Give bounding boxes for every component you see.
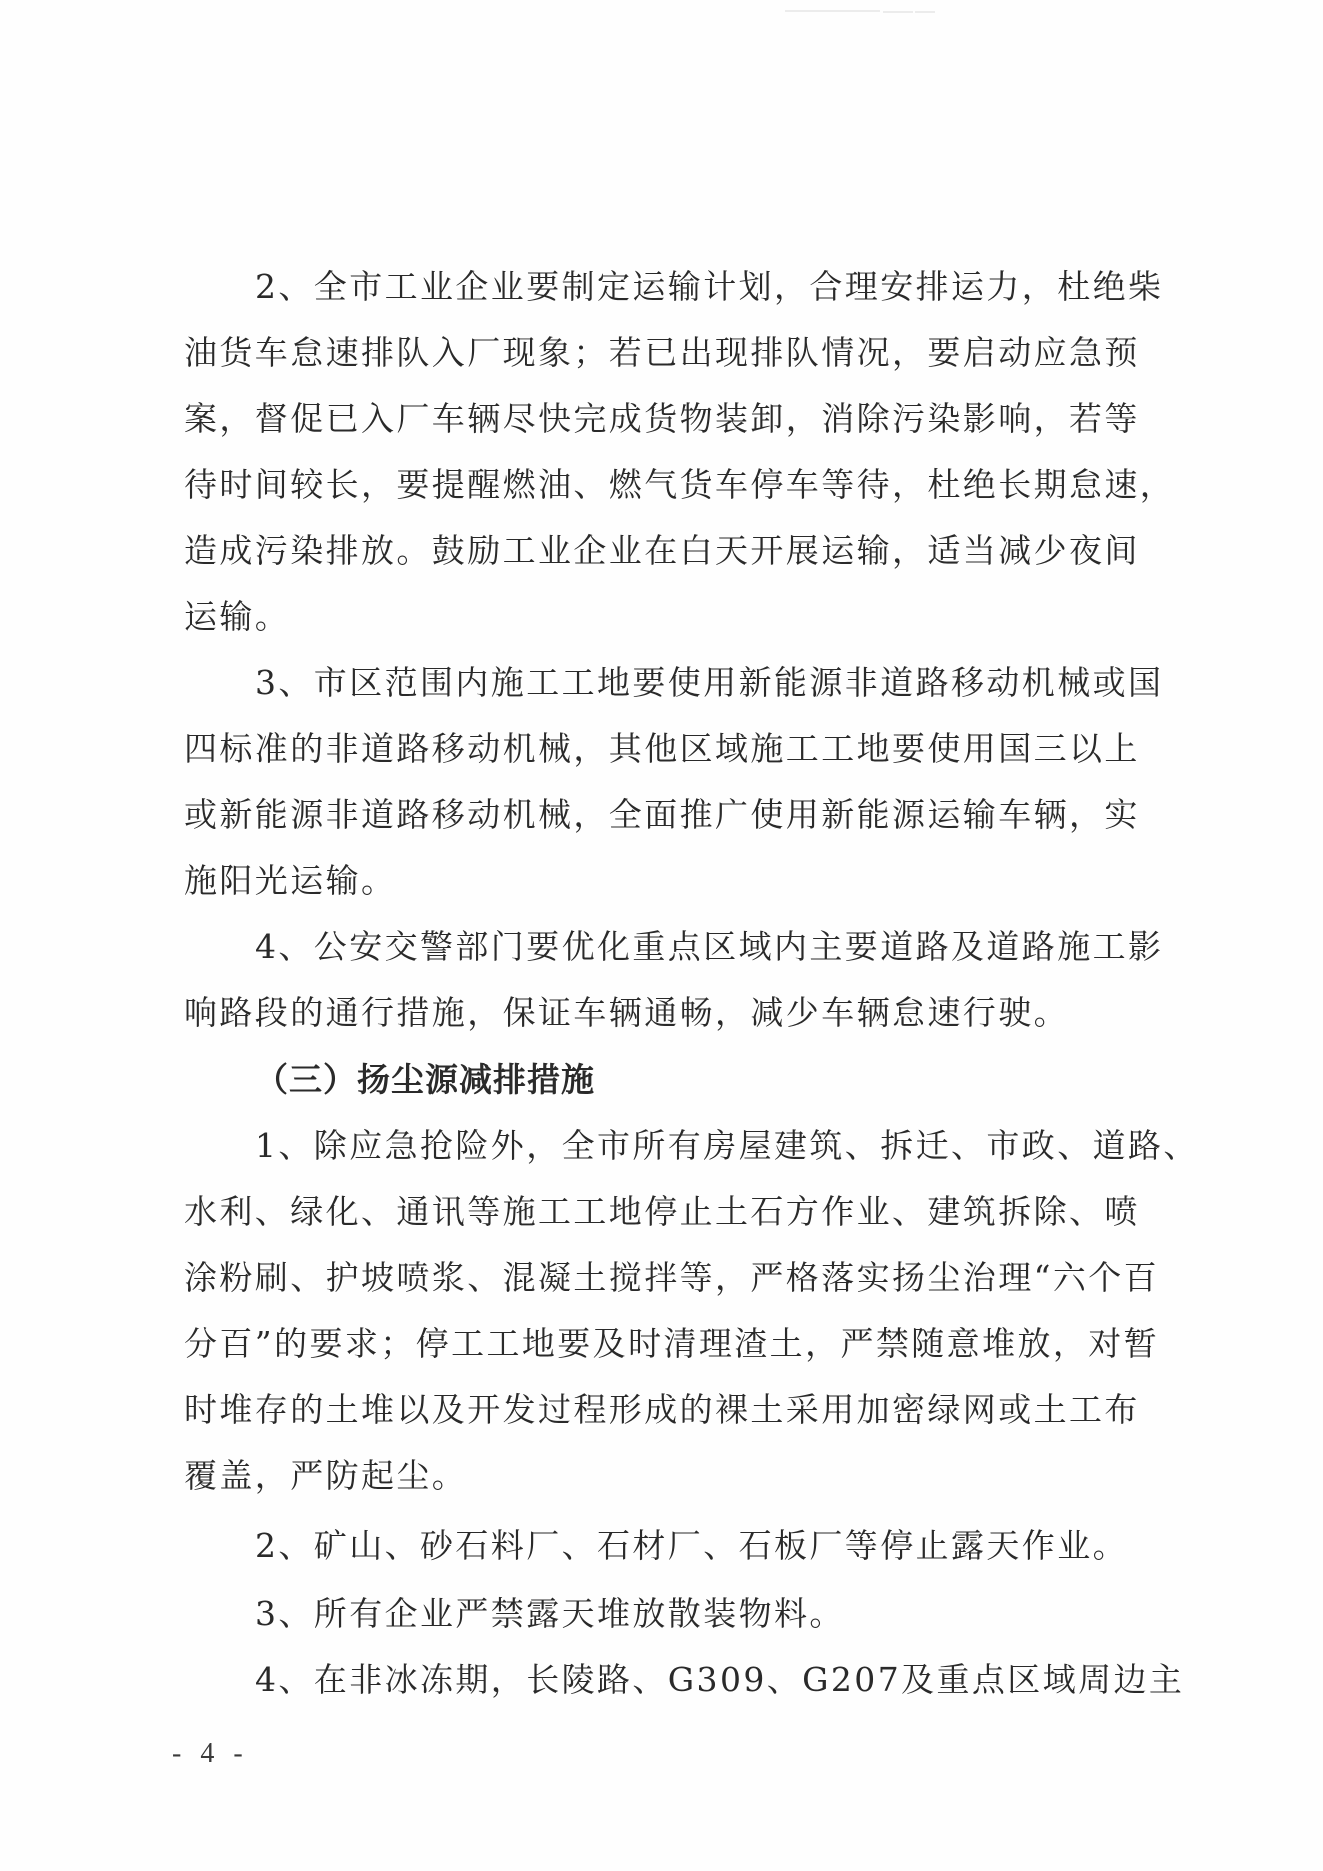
paragraph-line: 造成污染排放。鼓励工业企业在白天开展运输，适当减少夜间 bbox=[184, 518, 1140, 584]
paragraph-line: 响路段的通行措施，保证车辆通畅，减少车辆怠速行驶。 bbox=[184, 980, 1069, 1046]
paragraph-line: 待时间较长，要提醒燃油、燃气货车停车等待，杜绝长期怠速， bbox=[184, 452, 1175, 518]
paragraph-line: 4、公安交警部门要优化重点区域内主要道路及道路施工影 bbox=[255, 914, 1163, 980]
scan-artifact bbox=[785, 10, 880, 12]
paragraph-line: 3、所有企业严禁露天堆放散装物料。 bbox=[255, 1581, 845, 1647]
paragraph-line: 涂粉刷、护坡喷浆、混凝土搅拌等，严格落实扬尘治理“六个百 bbox=[184, 1245, 1159, 1311]
paragraph-line: 或新能源非道路移动机械，全面推广使用新能源运输车辆，实 bbox=[184, 782, 1140, 848]
paragraph-line: 2、矿山、砂石料厂、石材厂、石板厂等停止露天作业。 bbox=[255, 1513, 1128, 1579]
page-number: - 4 - bbox=[172, 1738, 249, 1770]
paragraph-line: 1、除应急抢险外，全市所有房屋建筑、拆迁、市政、道路、 bbox=[255, 1113, 1199, 1179]
paragraph-line: 分百”的要求；停工工地要及时清理渣土，严禁随意堆放，对暂 bbox=[184, 1311, 1159, 1377]
paragraph-line: 水利、绿化、通讯等施工工地停止土石方作业、建筑拆除、喷 bbox=[184, 1179, 1140, 1245]
paragraph-line: 案，督促已入厂车辆尽快完成货物装卸，消除污染影响，若等 bbox=[184, 386, 1140, 452]
scan-artifact bbox=[883, 11, 913, 13]
paragraph-line: 2、全市工业企业要制定运输计划，合理安排运力，杜绝柴 bbox=[255, 254, 1163, 320]
paragraph-line: 运输。 bbox=[184, 584, 290, 650]
paragraph-line: 油货车怠速排队入厂现象；若已出现排队情况，要启动应急预 bbox=[184, 320, 1140, 386]
paragraph-line: 施阳光运输。 bbox=[184, 848, 396, 914]
scan-artifact bbox=[915, 11, 935, 13]
section-heading: （三）扬尘源减排措施 bbox=[255, 1047, 595, 1113]
paragraph-line: 4、在非冰冻期，长陵路、G309、G207及重点区域周边主 bbox=[255, 1647, 1184, 1713]
document-page: 2、全市工业企业要制定运输计划，合理安排运力，杜绝柴 油货车怠速排队入厂现象；若… bbox=[0, 0, 1323, 1871]
paragraph-line: 时堆存的土堆以及开发过程形成的裸土采用加密绿网或土工布 bbox=[184, 1377, 1140, 1443]
paragraph-line: 覆盖，严防起尘。 bbox=[184, 1443, 467, 1509]
paragraph-line: 3、市区范围内施工工地要使用新能源非道路移动机械或国 bbox=[255, 650, 1163, 716]
paragraph-line: 四标准的非道路移动机械，其他区域施工工地要使用国三以上 bbox=[184, 716, 1140, 782]
